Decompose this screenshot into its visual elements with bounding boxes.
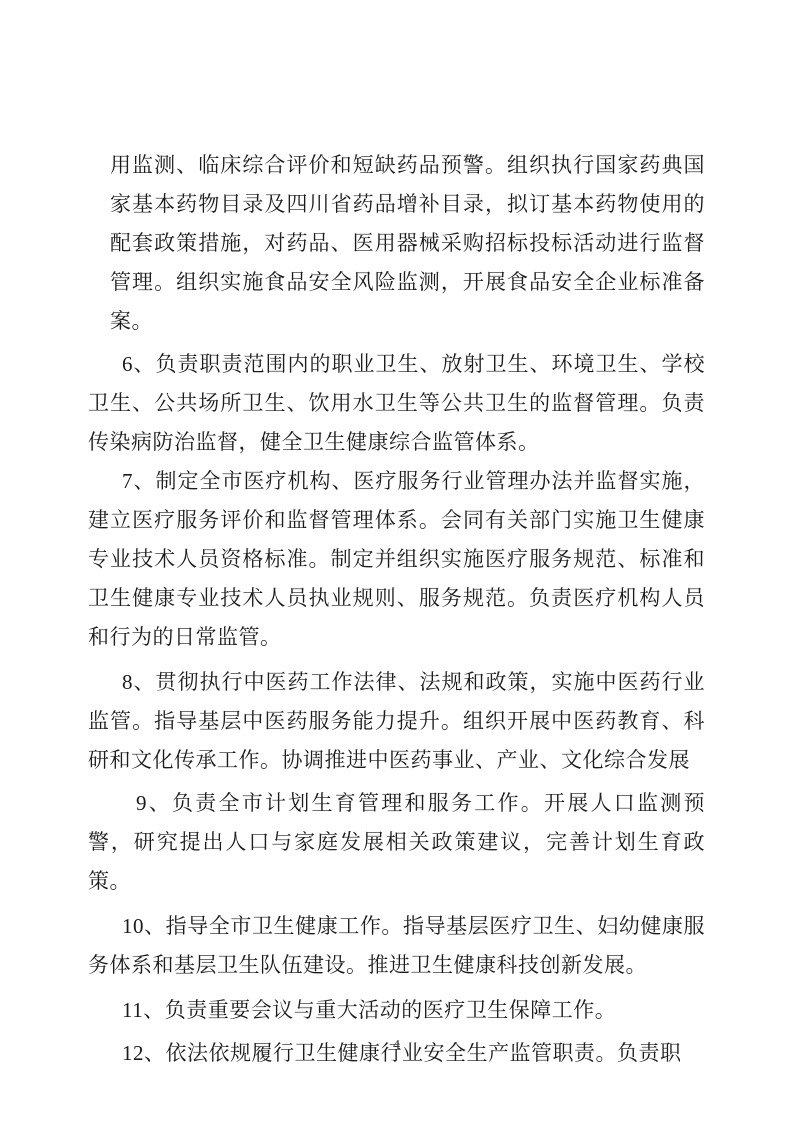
document-page: 用监测、临床综合评价和短缺药品预警。组织执行国家药典国家基本药物目录及四川省药品… — [0, 0, 793, 1122]
paragraph-item-9: 9、负责全市计划生育管理和服务工作。开展人口监测预警，研究提出人口与家庭发展相关… — [88, 784, 705, 901]
paragraph-item-10: 10、指导全市卫生健康工作。指导基层医疗卫生、妇幼健康服务体系和基层卫生队伍建设… — [88, 907, 705, 985]
paragraph-continuation: 用监测、临床综合评价和短缺药品预警。组织执行国家药典国家基本药物目录及四川省药品… — [110, 146, 705, 341]
page-footer: 4 — [0, 1036, 793, 1055]
paragraph-item-7: 7、制定全市医疗机构、医疗服务行业管理办法并监督实施，建立医疗服务评价和监督管理… — [88, 462, 705, 657]
paragraph-item-6: 6、负责职责范围内的职业卫生、放射卫生、环境卫生、学校卫生、公共场所卫生、饮用水… — [88, 345, 705, 462]
page-number: 4 — [393, 1038, 400, 1053]
paragraph-item-11: 11、负责重要会议与重大活动的医疗卫生保障工作。 — [88, 991, 705, 1030]
paragraph-item-8: 8、贯彻执行中医药工作法律、法规和政策，实施中医药行业监管。指导基层中医药服务能… — [88, 663, 705, 780]
document-body: 用监测、临床综合评价和短缺药品预警。组织执行国家药典国家基本药物目录及四川省药品… — [88, 146, 705, 1073]
